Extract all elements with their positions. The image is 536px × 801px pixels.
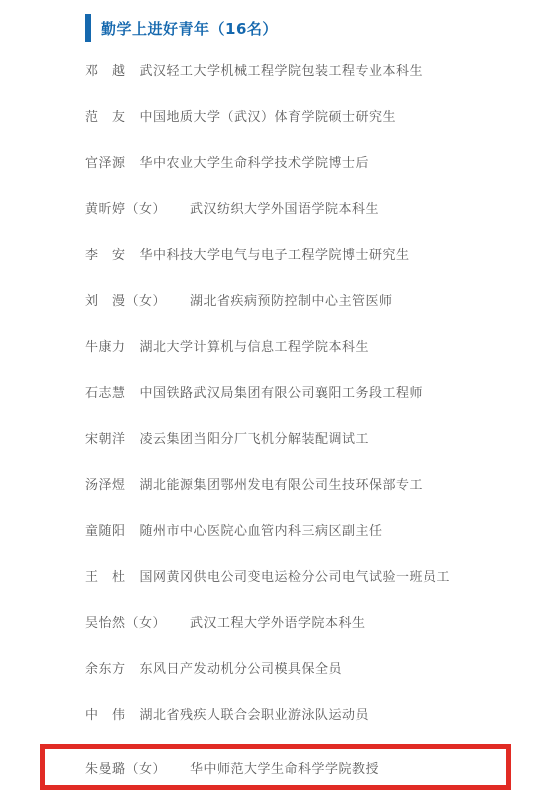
- honoree-organization: 中国铁路武汉局集团有限公司襄阳工务段工程师: [140, 382, 424, 401]
- honoree-organization: 随州市中心医院心血管内科三病区副主任: [140, 520, 383, 539]
- section-title: 勤学上进好青年（16名）: [101, 18, 278, 39]
- honoree-name: 余东方: [85, 658, 126, 677]
- honoree-organization: 湖北省疾病预防控制中心主管医师: [190, 290, 393, 309]
- honoree-name: 吴怡然: [85, 612, 126, 631]
- list-item: 牛康力 湖北大学计算机与信息工程学院本科生: [85, 322, 536, 368]
- honoree-name: 官泽源: [85, 152, 126, 171]
- honoree-organization: 武汉纺织大学外国语学院本科生: [190, 198, 379, 217]
- honoree-name: 童随阳: [85, 520, 126, 539]
- list-item-highlighted: 朱曼璐 （女） 华中师范大学生命科学学院教授: [40, 744, 511, 790]
- honoree-organization: 中国地质大学（武汉）体育学院硕士研究生: [140, 106, 397, 125]
- honoree-name: 牛康力: [85, 336, 126, 355]
- list-item: 范 友 中国地质大学（武汉）体育学院硕士研究生: [85, 92, 536, 138]
- list-item: 宋朝洋 凌云集团当阳分厂飞机分解装配调试工: [85, 414, 536, 460]
- honoree-name: 黄昕婷: [85, 198, 126, 217]
- gender-label: （女）: [126, 758, 167, 777]
- list-item: 余东方 东风日产发动机分公司模具保全员: [85, 644, 536, 690]
- honoree-organization: 华中科技大学电气与电子工程学院博士研究生: [140, 244, 410, 263]
- list-item: 王 杜 国网黄冈供电公司变电运检分公司电气试验一班员工: [85, 552, 536, 598]
- honoree-list: 邓 越 武汉轻工大学机械工程学院包装工程专业本科生 范 友 中国地质大学（武汉）…: [85, 46, 536, 790]
- list-item: 童随阳 随州市中心医院心血管内科三病区副主任: [85, 506, 536, 552]
- honoree-organization: 国网黄冈供电公司变电运检分公司电气试验一班员工: [140, 566, 451, 585]
- list-item: 官泽源 华中农业大学生命科学技术学院博士后: [85, 138, 536, 184]
- honoree-organization: 湖北能源集团鄂州发电有限公司生技环保部专工: [140, 474, 424, 493]
- honoree-organization: 凌云集团当阳分厂飞机分解装配调试工: [140, 428, 370, 447]
- list-item: 吴怡然 （女） 武汉工程大学外语学院本科生: [85, 598, 536, 644]
- list-item: 邓 越 武汉轻工大学机械工程学院包装工程专业本科生: [85, 46, 536, 92]
- honoree-organization: 武汉轻工大学机械工程学院包装工程专业本科生: [140, 60, 424, 79]
- honoree-name: 刘 漫: [85, 290, 126, 309]
- honoree-organization: 湖北大学计算机与信息工程学院本科生: [140, 336, 370, 355]
- honoree-name: 李 安: [85, 244, 126, 263]
- list-item: 李 安 华中科技大学电气与电子工程学院博士研究生: [85, 230, 536, 276]
- list-item: 刘 漫 （女） 湖北省疾病预防控制中心主管医师: [85, 276, 536, 322]
- header-accent-bar: [85, 14, 91, 42]
- gender-label: （女）: [126, 290, 167, 309]
- honoree-name: 王 杜: [85, 566, 126, 585]
- list-item: 石志慧 中国铁路武汉局集团有限公司襄阳工务段工程师: [85, 368, 536, 414]
- honoree-organization: 华中师范大学生命科学学院教授: [190, 758, 379, 777]
- honoree-name: 范 友: [85, 106, 126, 125]
- list-item: 黄昕婷 （女） 武汉纺织大学外国语学院本科生: [85, 184, 536, 230]
- honoree-organization: 湖北省残疾人联合会职业游泳队运动员: [140, 704, 370, 723]
- list-item: 中 伟 湖北省残疾人联合会职业游泳队运动员: [85, 690, 536, 736]
- honoree-organization: 东风日产发动机分公司模具保全员: [140, 658, 343, 677]
- gender-label: （女）: [126, 198, 167, 217]
- honoree-organization: 华中农业大学生命科学技术学院博士后: [140, 152, 370, 171]
- honoree-name: 石志慧: [85, 382, 126, 401]
- list-item: 汤泽煜 湖北能源集团鄂州发电有限公司生技环保部专工: [85, 460, 536, 506]
- gender-label: （女）: [126, 612, 167, 631]
- honoree-organization: 武汉工程大学外语学院本科生: [190, 612, 366, 631]
- honoree-name: 宋朝洋: [85, 428, 126, 447]
- section-header: 勤学上进好青年（16名）: [85, 14, 536, 42]
- award-list-page: 勤学上进好青年（16名） 邓 越 武汉轻工大学机械工程学院包装工程专业本科生 范…: [0, 0, 536, 801]
- honoree-name: 汤泽煜: [85, 474, 126, 493]
- honoree-name: 邓 越: [85, 60, 126, 79]
- honoree-name: 中 伟: [85, 704, 126, 723]
- honoree-name: 朱曼璐: [85, 758, 126, 777]
